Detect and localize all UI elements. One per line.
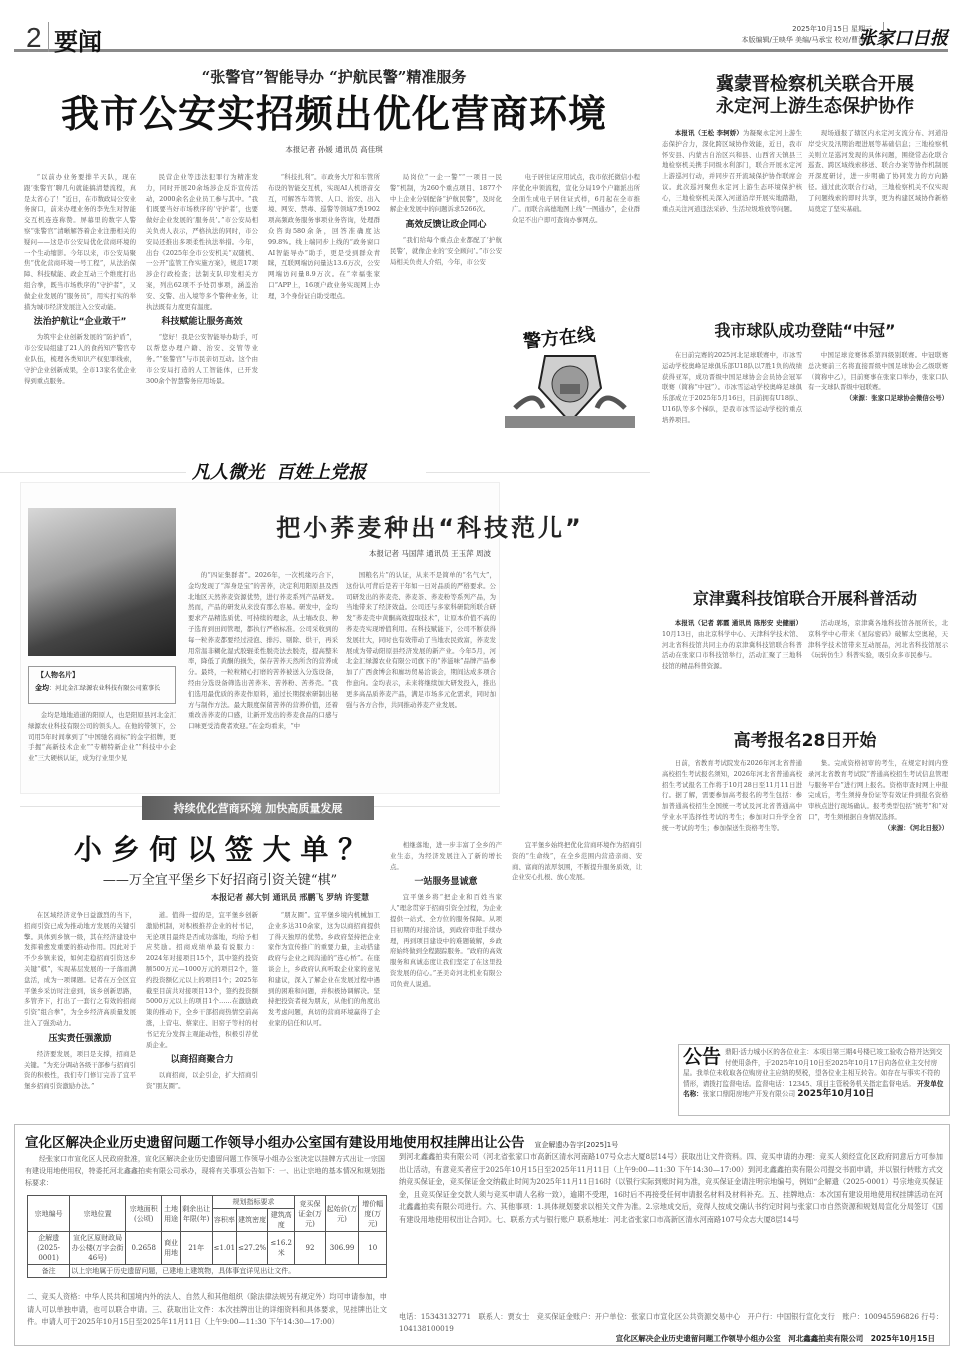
table-cell: 企解遗(2025-0001)	[28, 1232, 70, 1265]
paragraph: 集。完成资格初审的考生，在规定时间内登录河北省教育考试院“普通高校招生考试信息管…	[808, 758, 948, 823]
subhead: 法治护航让“企业敢干”	[24, 312, 136, 332]
masthead: 2 要闻 2025年10月15日 星期三 本版编辑/王映华 美编/马承宝 校对/…	[14, 12, 948, 52]
table-cell: 商业用地	[162, 1232, 180, 1265]
story-column: 中国足球竞赛体系第四级别联赛。中冠联赛总决赛前三名将直接晋级中国足球协会乙级联赛…	[808, 350, 948, 572]
developer-name: 张家口鼎阳房地产开发有限公司	[703, 1090, 795, 1098]
lead-in: 本报讯（王松 李轲娇）	[675, 129, 743, 137]
paragraph: 本报讯（王松 李轲娇）为凝聚永定河上游生态保护合力，深化跨区域协作效能，近日，我…	[662, 128, 802, 214]
paragraph: 经济要发展，项目是支撑，招商是关键。“为充分调动各级干部参与招商引资的积极性，我…	[24, 1049, 136, 1092]
paragraph: 在日前完赛的2025河北足球联赛中，市冰雪运动学校奥峰足球俱乐部U18队以7胜1…	[662, 350, 802, 426]
subhead: 高效反馈让政企同心	[390, 215, 502, 235]
profile-card: 【人物名片】 金均：河北金汇绿源农业科技有限公司董事长	[28, 666, 176, 704]
table-cell: ≤27.2%	[237, 1232, 268, 1265]
column-header: 建筑高度	[268, 1209, 295, 1232]
series-banner-text: 持续优化营商环境 加快高质量发展	[174, 800, 343, 816]
second-story-header: 小 乡 何 以 签 大 单 ？ ——万全宜平堡乡下好招商引资关键“棋”	[20, 830, 420, 892]
profile-name: 金均	[35, 684, 49, 692]
housing-notice: 公告 鼎阳·活力城小区的各位业主：本项目第三期4号楼已竣工验收合格并达到交付使用…	[678, 1044, 950, 1116]
paragraph: 相继落地，进一步丰富了全乡的产业生态，为经济发展注入了新的增长点。	[390, 840, 502, 872]
paragraph: 中国足球竞赛体系第四级别联赛。中冠联赛总决赛前三名将直接晋级中国足球协会乙级联赛…	[808, 350, 948, 393]
issue-date: 2025年10月15日 星期三	[741, 24, 872, 35]
edition-info: 2025年10月15日 星期三 本版编辑/王映华 美编/马承宝 校对/曹泽悦	[741, 24, 872, 46]
paragraph: “科技扎利”。市政务大厅和车管所布设的智能交互机，实现AI人机语音交互，可解答车…	[268, 172, 380, 302]
divider	[48, 22, 49, 52]
paragraph: 日前，省教育考试院发布2026年河北省普通高校招生考试报名须知，2026年河北省…	[662, 758, 802, 834]
subhead: 以商招商聚合力	[146, 1050, 258, 1070]
column-header: 起始价(万元)	[325, 1196, 359, 1232]
land-section-2: 二、竞买人资格：中华人民共和国境内外的法人、自然人和其他组织（除法律法规另有规定…	[27, 1291, 387, 1343]
story-column: 日前，省教育考试院发布2026年河北省普通高校招生考试报名须知，2026年河北省…	[662, 758, 802, 1048]
lead-in: 本报讯（记者 郭霞 通讯员 陈彤安 史健丽）	[675, 619, 802, 627]
table-cell: 10	[359, 1232, 387, 1265]
column-header: 增价幅度(万元)	[359, 1196, 387, 1232]
paragraph: 电子居住证应用试点，我市依托微信小程序优化申领流程，宣化分局19个户籍派出所全面…	[512, 172, 640, 226]
police-badge-icon	[505, 348, 635, 428]
body-text: 为凝聚永定河上游生态保护合力，深化跨区域协作效能，近日，我市怀安县、内蒙古自治区…	[662, 129, 802, 213]
source-credit: （来源：《河北日报》）	[808, 823, 948, 834]
lead-headline: 我市公安实招频出优化营商环境	[14, 88, 654, 140]
headline-line: 永定河上游生态保护协作	[680, 96, 950, 118]
paragraph: 为筑牢企业创新发展的“防护盾”，市公安局组建了21人的食药知产警官专业队伍，梳理…	[24, 332, 136, 386]
paragraph: 国粮名片”的认证，从来不是简单的“名气大”，这份认可背后是若干年如一日对品质的严…	[346, 570, 496, 710]
story-headline: 冀蒙晋检察机关联合开展 永定河上游生态保护协作	[680, 74, 950, 118]
story-headline: 京津冀科技馆联合开展科普活动	[662, 586, 948, 609]
body-text: 10月13日，由北京科学中心、天津科学技术馆、河北省科技馆共同主办的京津冀科技馆…	[662, 630, 802, 670]
story-headline: 高考报名28日开始	[662, 726, 948, 751]
lead-story-header: “张警官”智能导办 “护航民警”精准服务 我市公安实招频出优化营商环境 本报记者…	[14, 66, 654, 155]
land-right-text: 到河北鑫鑫拍卖有限公司（河北省张家口市高新区清水河南路107号众志大厦8层14号…	[399, 1151, 943, 1313]
column-header: 剩余出让年限(年)	[180, 1196, 212, 1232]
paragraph: 到河北鑫鑫拍卖有限公司（河北省张家口市高新区清水河南路107号众志大厦8层14号…	[399, 1152, 943, 1224]
paragraph: 金均是地地道道的阳原人，也是阳原县河北金汇绿源农业科技有限公司的领头人。在他的带…	[28, 710, 176, 764]
story-column: 集。完成资格初审的考生，在规定时间内登录河北省教育考试院“普通高校招生考试信息管…	[808, 758, 948, 1038]
feature-headline: 把小荞麦种出“科技范儿”	[210, 508, 650, 543]
notice-header: 宣化区解决企业历史遗留问题工作领导小组办公室国有建设用地使用权挂牌出让公告 宣企…	[25, 1131, 618, 1151]
paragraph: 的“四证集群者”。2026年，一次机缘巧合下，金均发现了“浑身是宝”的苦荞，决定…	[188, 570, 338, 732]
land-parcel-table: 宗地编号 宗地位置 宗地面积(公顷) 土地用途 剩余出让年限(年) 规划指标要求…	[27, 1195, 387, 1278]
remark-text: 以上宗地属于历史遗留问题，已建地上建筑物，具体事宜详见出让文件。	[70, 1265, 387, 1278]
feature-byline: 本报记者 马国萍 通讯员 王玉萍 周波	[210, 548, 650, 559]
lead-byline: 本报记者 孙媛 通讯员 高佳琪	[14, 144, 654, 155]
profile-label: 【人物名片】	[35, 669, 81, 682]
notice-date: 2025年10月10日	[797, 1089, 874, 1099]
second-col-2: 道。值得一提的是，宜平堡乡创新激励机制，对积极推荐企业的村书记，无论项目最终是否…	[146, 910, 258, 1118]
column-header: 土地用途	[162, 1196, 180, 1232]
land-intro: 经张家口市宣化区人民政府批准，宣化区解决企业历史遗留问题工作领导小组办公室决定以…	[25, 1153, 385, 1193]
land-signature: 宣化区解决企业历史遗留问题工作领导小组办公室 河北鑫鑫拍卖有限公司 2025年1…	[616, 1333, 935, 1344]
story-column: 本报讯（王松 李轲娇）为凝聚永定河上游生态保护合力，深化跨区域协作效能，近日，我…	[662, 128, 802, 308]
second-col-4: 相继落地，进一步丰富了全乡的产业生态，为经济发展注入了新的增长点。 一站服务显诚…	[390, 840, 502, 1118]
lead-col-3: “科技扎利”。市政务大厅和车管所布设的智能交互机，实现AI人机语音交互，可解答车…	[268, 172, 380, 482]
feature-column: 金均是地地道道的阳原人，也是阳原县河北金汇绿源农业科技有限公司的领头人。在他的带…	[28, 710, 176, 786]
table-cell: ≤16.2米	[268, 1232, 295, 1265]
portrait-photo	[28, 508, 176, 656]
second-col-3: “朋友圈”。宜平堡乡境内机械加工企业多达310余家，这为以商招商提供了得天独厚的…	[268, 910, 380, 1118]
column-header: 宗地面积(公顷)	[125, 1196, 162, 1232]
feature-column: 国粮名片”的认证，从来不是简单的“名气大”，这份认可背后是若干年如一日对品质的严…	[346, 570, 496, 786]
notice-body: 鼎阳·活力城小区的各位业主：本项目第三期4号楼已竣工验收合格并达到交付使用条件，…	[683, 1048, 942, 1088]
newspaper-logo: 张家口日报	[858, 24, 948, 50]
feature-column: 的“四证集群者”。2026年，一次机缘巧合下，金均发现了“浑身是宝”的苦荞，决定…	[188, 570, 338, 786]
subhead: 压实责任强激励	[24, 1029, 136, 1049]
kicker: “张警官”智能导办 “护航民警”精准服务	[14, 66, 654, 88]
story-column: 在日前完赛的2025河北足球联赛中，市冰雪运动学校奥峰足球俱乐部U18队以7胜1…	[662, 350, 802, 572]
column-header: 宗地位置	[70, 1196, 126, 1232]
paragraph: 现场通报了辖区内永定河支流分布、河道沿岸受灾及汛期治理进展等基础信息；三地检察机…	[808, 128, 948, 214]
land-auction-notice: 宣化区解决企业历史遗留问题工作领导小组办公室国有建设用地使用权挂牌出让公告 宣企…	[14, 1124, 950, 1346]
column-header: 建筑密度	[237, 1209, 268, 1232]
source-credit: （来源：张家口足球协会微信公号）	[808, 393, 948, 404]
police-online-logo: 警方在线	[505, 318, 635, 428]
paragraph: 经张家口市宣化区人民政府批准，宣化区解决企业历史遗留问题工作领导小组办公室决定以…	[25, 1153, 385, 1189]
profile-title: ：河北金汇绿源农业科技有限公司董事长	[49, 685, 160, 692]
banner-right: 百姓上党报	[276, 458, 366, 484]
headline-line: 冀蒙晋检察机关联合开展	[680, 74, 950, 96]
paragraph: “朋友圈”。宜平堡乡境内机械加工企业多达310余家，这为以商招商提供了得天独厚的…	[268, 910, 380, 1029]
table-cell: 92	[295, 1232, 325, 1265]
paragraph: “您好！我是公安智能导办助手，可以帮您办理户籍、治安、交管等业务。”“张警官”与…	[146, 332, 258, 386]
land-contact: 电话：15343132771 联系人：贾女士 竞买保证金账户：开户单位：张家口市…	[399, 1311, 943, 1335]
table-row: 企解遗(2025-0001) 宣化区原财政局办公楼(万字会街46号) 0.265…	[28, 1232, 387, 1265]
paragraph: 在区域经济竞争日益激烈的当下，招商引资已成为推动地方发展的关键引擎。具体到乡镇一…	[24, 910, 136, 1029]
story-headline: 我市球队成功登陆“中冠”	[662, 318, 948, 341]
story-column: 现场通报了辖区内永定河支流分布、河道沿岸受灾及汛期治理进展等基础信息；三地检察机…	[808, 128, 948, 308]
lead-col-4: 局岗位“一企一警”“一项目一民警”机制，为260个重点项目、1877个中上企业分…	[390, 172, 502, 482]
second-subhead: ——万全宜平堡乡下好招商引资关键“棋”	[20, 870, 420, 892]
table-cell: 0.2658	[125, 1232, 162, 1265]
subhead: 一站服务显诚意	[390, 872, 502, 892]
paragraph: 活动现场，京津冀各地科技馆各展所长，北京科学中心带来《星际密码》破解太空奥秘，天…	[808, 618, 948, 661]
series-banner: 持续优化营商环境 加快高质量发展	[142, 796, 374, 820]
profile-content: 金均：河北金汇绿源农业科技有限公司董事长	[35, 682, 169, 695]
contact-info: 电话：15343132771 联系人：贾女士 竞买保证金账户：开户单位：张家口市…	[399, 1312, 943, 1333]
column-header: 宗地编号	[28, 1196, 70, 1232]
table-header-row: 宗地编号 宗地位置 宗地面积(公顷) 土地用途 剩余出让年限(年) 规划指标要求…	[28, 1196, 387, 1209]
lead-col-1: “以前办业务要排半天队，现在跟‘张警官’聊几句就能搞清楚流程，真是太省心了！”近…	[24, 172, 136, 482]
paragraph: 宜平堡乡始终把优化营商环境作为招商引资的“生命线”，在全乡范围内营造亲商、安商、…	[512, 840, 642, 883]
banner-left: 凡人微光	[192, 458, 264, 484]
paragraph: 宜平堡乡将“把企业和百姓当家人”理念贯穿于招商引资全过程，为企业提供一站式、全方…	[390, 892, 502, 989]
column-header: 竞买保证金(万元)	[295, 1196, 325, 1232]
paragraph: “以前办业务要排半天队，现在跟‘张警官’聊几句就能搞清楚流程，真是太省心了！”近…	[24, 172, 136, 312]
column-header: 容积率	[212, 1209, 236, 1232]
remark-label: 备注	[28, 1265, 70, 1278]
land-notice-title: 宣化区解决企业历史遗留问题工作领导小组办公室国有建设用地使用权挂牌出让公告	[25, 1131, 525, 1151]
second-col-5: 宜平堡乡始终把优化营商环境作为招商引资的“生命线”，在全乡范围内营造亲商、安商、…	[512, 840, 642, 1118]
page-number: 2	[26, 24, 42, 52]
lead-col-5: 电子居住证应用试点，我市依托微信小程序优化申领流程，宣化分局19个户籍派出所全面…	[512, 172, 640, 312]
paragraph: 民营企业等违法犯罪行为精准发力，同时开展20余场涉企反诈宣传活动，2000余名企…	[146, 172, 258, 312]
editor-credits: 本版编辑/王映华 美编/马承宝 校对/曹泽悦	[741, 35, 872, 46]
paragraph: 二、竞买人资格：中华人民共和国境内外的法人、自然人和其他组织（除法律法规另有规定…	[27, 1292, 387, 1326]
column-header: 规划指标要求	[212, 1196, 295, 1209]
notice-title: 公告	[683, 1047, 721, 1067]
paragraph: 道。值得一提的是，宜平堡乡创新激励机制，对积极推荐企业的村书记，无论项目最终是否…	[146, 910, 258, 1050]
section-title: 要闻	[54, 22, 102, 57]
table-cell: 21年	[180, 1232, 212, 1265]
table-remark-row: 备注 以上宗地属于历史遗留问题，已建地上建筑物，具体事宜详见出让文件。	[28, 1265, 387, 1278]
table-cell: ≤1.01	[212, 1232, 236, 1265]
paragraph: “我们给每个重点企业都配了‘护航民警’，就像企业的‘安全顾问’。”市公安局相关负…	[390, 235, 502, 267]
story-column: 活动现场，京津冀各地科技馆各展所长，北京科学中心带来《星际密码》破解太空奥秘，天…	[808, 618, 948, 712]
paragraph: 本报讯（记者 郭霞 通讯员 陈彤安 史健丽）10月13日，由北京科学中心、天津科…	[662, 618, 802, 672]
paragraph: 以商招商，以企引企，扩大招商引资“朋友圈”。	[146, 1070, 258, 1092]
table-cell: 306.99	[325, 1232, 359, 1265]
land-notice-number: 宣企解遗办告字[2025]1号	[535, 1140, 619, 1150]
second-col-1: 在区域经济竞争日益激烈的当下，招商引资已成为推动地方发展的关键引擎。具体到乡镇一…	[24, 910, 136, 1118]
subhead: 科技赋能让服务高效	[146, 312, 258, 332]
table-cell: 宣化区原财政局办公楼(万字会街46号)	[70, 1232, 126, 1265]
story-column: 本报讯（记者 郭霞 通讯员 陈彤安 史健丽）10月13日，由北京科学中心、天津科…	[662, 618, 802, 712]
paragraph: 局岗位“一企一警”“一项目一民警”机制，为260个重点项目、1877个中上企业分…	[390, 172, 502, 215]
second-headline: 小 乡 何 以 签 大 单 ？	[20, 830, 420, 870]
lead-col-2: 民营企业等违法犯罪行为精准发力，同时开展20余场涉企反诈宣传活动，2000余名企…	[146, 172, 258, 482]
